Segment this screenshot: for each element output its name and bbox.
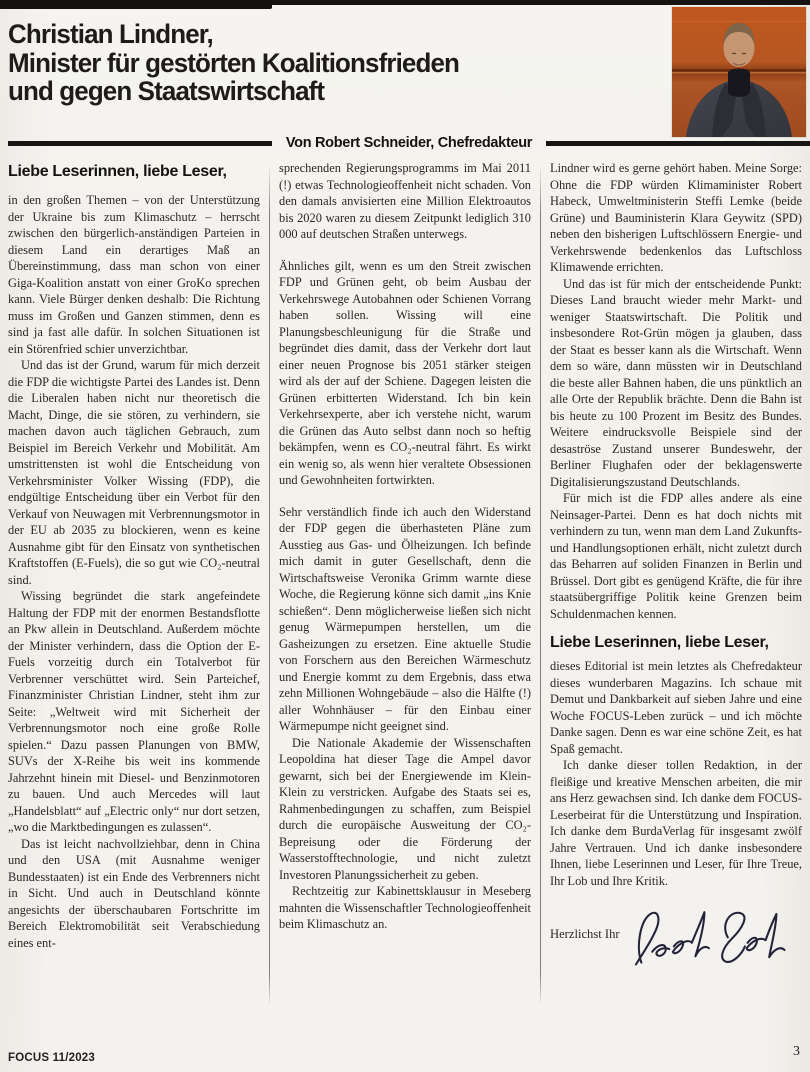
- headline-line-3: und gegen Staatswirtschaft: [8, 76, 324, 106]
- paragraph: Die Nationale Akademie der Wissenschafte…: [279, 735, 531, 884]
- byline: Von Robert Schneider, Chefredakteur: [272, 135, 546, 151]
- salutation-heading-2: Liebe Leserinnen, liebe Leser,: [550, 634, 802, 652]
- paragraph: dieses Editorial ist mein letztes als Ch…: [550, 658, 802, 757]
- paragraph: Lindner wird es gerne gehört haben. Mein…: [550, 160, 802, 276]
- page-top-rule-left: [0, 0, 272, 9]
- closing-text: Herzlichst Ihr: [550, 905, 620, 942]
- article-body: Liebe Leserinnen, liebe Leser, in den gr…: [8, 160, 802, 1036]
- paragraph: Wissing begründet die stark angefeindete…: [8, 588, 260, 836]
- paragraph: Rechtzeitig zur Kabinettsklausur in Mese…: [279, 883, 531, 933]
- column-divider: [269, 164, 270, 1006]
- paragraph: Ich danke dieser tollen Redaktion, in de…: [550, 757, 802, 889]
- headline-line-1: Christian Lindner,: [8, 19, 213, 49]
- page-footer: FOCUS 11/2023 3: [8, 1044, 802, 1064]
- signature-robert-schneider: [624, 905, 792, 977]
- closing-row: Herzlichst Ihr: [550, 905, 802, 977]
- headline-line-2: Minister für gestörten Koalitionsfrieden: [8, 48, 459, 78]
- column-3: Lindner wird es gerne gehört haben. Mein…: [550, 160, 802, 1036]
- byline-row: Von Robert Schneider, Chefredakteur: [8, 134, 810, 152]
- author-portrait-photo: [672, 7, 806, 137]
- paragraph: Für mich ist die FDP alles andere als ei…: [550, 490, 802, 622]
- issue-label: FOCUS 11/2023: [8, 1052, 95, 1064]
- column-2: sprechenden Regierungsprogramms im Mai 2…: [279, 160, 531, 1036]
- byline-rule-left: [8, 141, 272, 146]
- page-title: Christian Lindner, Minister für gestörte…: [8, 20, 645, 106]
- page-number: 3: [793, 1044, 800, 1060]
- paragraph: Ähnliches gilt, wenn es um den Streit zw…: [279, 258, 531, 489]
- paragraph: Das ist leicht nachvollziehbar, denn in …: [8, 836, 260, 952]
- column-1: Liebe Leserinnen, liebe Leser, in den gr…: [8, 160, 260, 1036]
- paragraph: sprechenden Regierungsprogramms im Mai 2…: [279, 160, 531, 243]
- paragraph: Und das ist der Grund, warum für mich de…: [8, 357, 260, 588]
- byline-rule-right: [546, 141, 810, 146]
- column-divider: [540, 164, 541, 1006]
- editorial-page: Christian Lindner, Minister für gestörte…: [0, 0, 810, 1072]
- paragraph: Sehr verständlich finde ich auch den Wid…: [279, 504, 531, 735]
- paragraph: Und das ist für mich der entscheidende P…: [550, 276, 802, 491]
- paragraph: in den großen Themen – von der Unterstüt…: [8, 192, 260, 357]
- salutation-heading: Liebe Leserinnen, liebe Leser,: [8, 163, 260, 181]
